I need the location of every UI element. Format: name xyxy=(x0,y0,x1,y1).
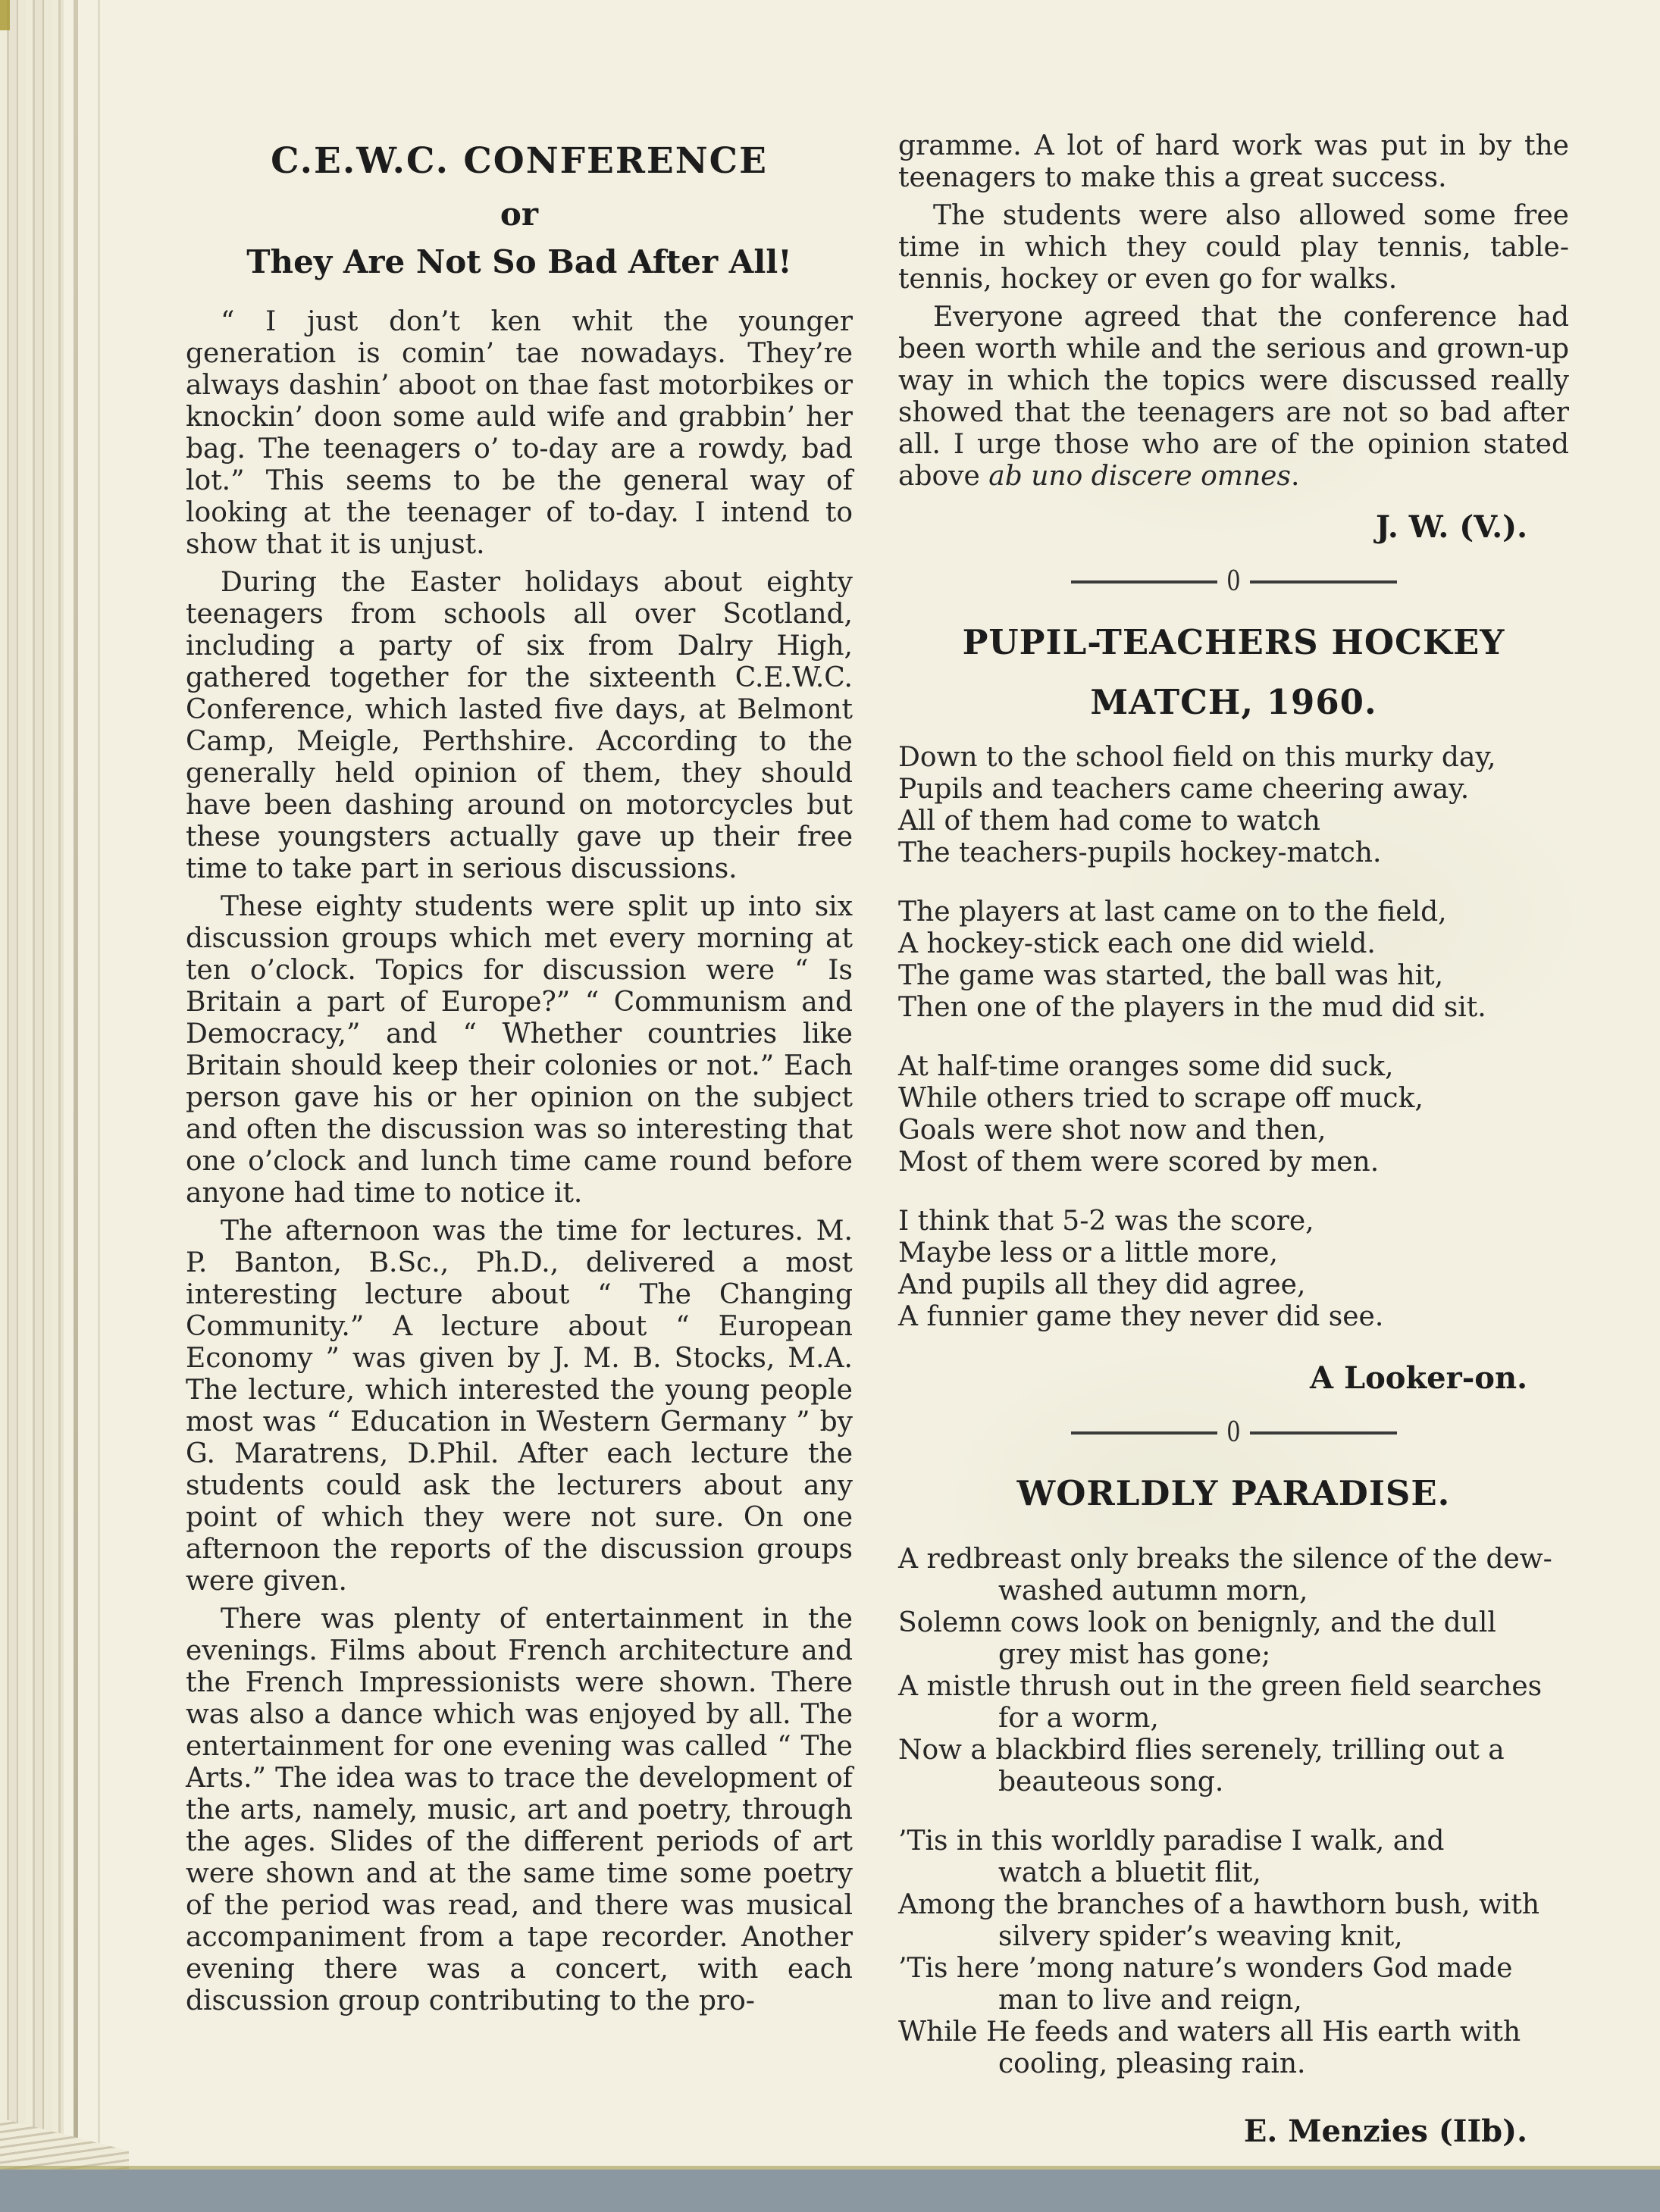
poem-line: Pupils and teachers came cheering away. xyxy=(898,774,1569,806)
poem-line: washed autumn morn, xyxy=(898,1575,1569,1607)
article-subtitle: They Are Not So Bad After All! xyxy=(186,243,853,280)
poem-line: cooling, pleasing rain. xyxy=(898,2048,1569,2080)
binding-corner-mark xyxy=(0,0,10,30)
article-subtitle-or: or xyxy=(186,196,853,233)
scanned-magazine-page: C.E.W.C. CONFERENCE or They Are Not So B… xyxy=(0,0,1660,2212)
poem-line: Among the branches of a hawthorn bush, w… xyxy=(898,1889,1569,1921)
poem-line: for a worm, xyxy=(898,1703,1569,1735)
author-signature: E. Menzies (IIb). xyxy=(898,2113,1569,2149)
poem-line: At half-time oranges some did suck, xyxy=(898,1051,1569,1083)
poem-line: While He feeds and waters all His earth … xyxy=(898,2016,1569,2048)
poem-line: man to live and reign, xyxy=(898,1985,1569,2016)
article-paragraph: Everyone agreed that the conference had … xyxy=(898,302,1569,493)
article-paragraph: During the Easter holidays about eighty … xyxy=(186,567,853,885)
page-edge-line xyxy=(74,0,78,2212)
poem-title: PUPIL-TEACHERS HOCKEY MATCH, 1960. xyxy=(898,622,1569,722)
poem-line: ’Tis here ’mong nature’s wonders God mad… xyxy=(898,1953,1569,1985)
poem-line: A redbreast only breaks the silence of t… xyxy=(898,1544,1569,1575)
poem-line: watch a bluetit flit, xyxy=(898,1857,1569,1889)
poem-line: Maybe less or a little more, xyxy=(898,1237,1569,1269)
article-paragraph: The afternoon was the time for lectures.… xyxy=(186,1216,853,1597)
poem-line: All of them had come to watch xyxy=(898,806,1569,837)
article-paragraph: These eighty students were split up into… xyxy=(186,891,853,1209)
separator-rule xyxy=(1250,580,1397,584)
section-separator: 0 xyxy=(1071,571,1397,593)
poem-line: The game was started, the ball was hit, xyxy=(898,960,1569,992)
poem-line: silvery spider’s weaving knit, xyxy=(898,1921,1569,1953)
poem-line: I think that 5-2 was the score, xyxy=(898,1206,1569,1237)
separator-ornament: 0 xyxy=(1226,571,1240,593)
poem-line: grey mist has gone; xyxy=(898,1639,1569,1671)
separator-rule xyxy=(1071,1431,1218,1435)
poem-line: A mistle thrush out in the green field s… xyxy=(898,1671,1569,1703)
poem-line: The teachers-pupils hockey-match. xyxy=(898,837,1569,869)
poem-line: A funnier game they never did see. xyxy=(898,1301,1569,1333)
poem-line: beauteous song. xyxy=(898,1766,1569,1798)
poem-stanza: A redbreast only breaks the silence of t… xyxy=(898,1544,1569,2080)
poem-line: And pupils all they did agree, xyxy=(898,1269,1569,1301)
poem-line: Goals were shot now and then, xyxy=(898,1115,1569,1147)
article-paragraph: The students were also allowed some free… xyxy=(898,200,1569,296)
poem-line: ’Tis in this worldly paradise I walk, an… xyxy=(898,1826,1569,1857)
paragraph-text: . xyxy=(1291,461,1299,492)
page-edge-line-faint xyxy=(98,0,100,2212)
poem-line: Solemn cows look on benignly, and the du… xyxy=(898,1607,1569,1639)
poem-line: Now a blackbird flies serenely, trilling… xyxy=(898,1735,1569,1766)
poem-line: Most of them were scored by men. xyxy=(898,1147,1569,1178)
table-surface xyxy=(0,2170,1660,2212)
poem-title-line2: MATCH, 1960. xyxy=(898,682,1569,722)
poem-stanza: I think that 5-2 was the score, Maybe le… xyxy=(898,1206,1569,1333)
right-column: gramme. A lot of hard work was put in by… xyxy=(898,130,1569,2154)
poem-line: Then one of the players in the mud did s… xyxy=(898,992,1569,1024)
separator-rule xyxy=(1071,580,1218,584)
book-binding-page-edges xyxy=(0,0,64,2212)
article-paragraph-continuation: gramme. A lot of hard work was put in by… xyxy=(898,130,1569,194)
latin-phrase-italic: ab uno discere omnes xyxy=(988,461,1291,492)
poem-stanza: The players at last came on to the field… xyxy=(898,896,1569,1024)
poem-line: A hockey-stick each one did wield. xyxy=(898,928,1569,960)
poem-line: While others tried to scrape off muck, xyxy=(898,1083,1569,1115)
author-signature: A Looker-on. xyxy=(898,1360,1569,1396)
article-title: C.E.W.C. CONFERENCE xyxy=(186,140,853,182)
poem-line: Down to the school field on this murky d… xyxy=(898,742,1569,774)
article-paragraph: There was plenty of entertainment in the… xyxy=(186,1603,853,2017)
separator-rule xyxy=(1250,1431,1397,1435)
separator-ornament: 0 xyxy=(1226,1422,1240,1444)
poem-stanza: At half-time oranges some did suck, Whil… xyxy=(898,1051,1569,1178)
poem-title-line1: PUPIL-TEACHERS HOCKEY xyxy=(898,622,1569,662)
poem-title: WORLDLY PARADISE. xyxy=(898,1473,1569,1513)
section-separator: 0 xyxy=(1071,1422,1397,1444)
poem-line: The players at last came on to the field… xyxy=(898,896,1569,928)
article-paragraph: “ I just don’t ken whit the younger gene… xyxy=(186,306,853,561)
poem-stanza: Down to the school field on this murky d… xyxy=(898,742,1569,869)
left-column: C.E.W.C. CONFERENCE or They Are Not So B… xyxy=(186,140,853,2023)
page-stack-corner xyxy=(0,2118,129,2173)
author-signature: J. W. (V.). xyxy=(898,509,1569,545)
